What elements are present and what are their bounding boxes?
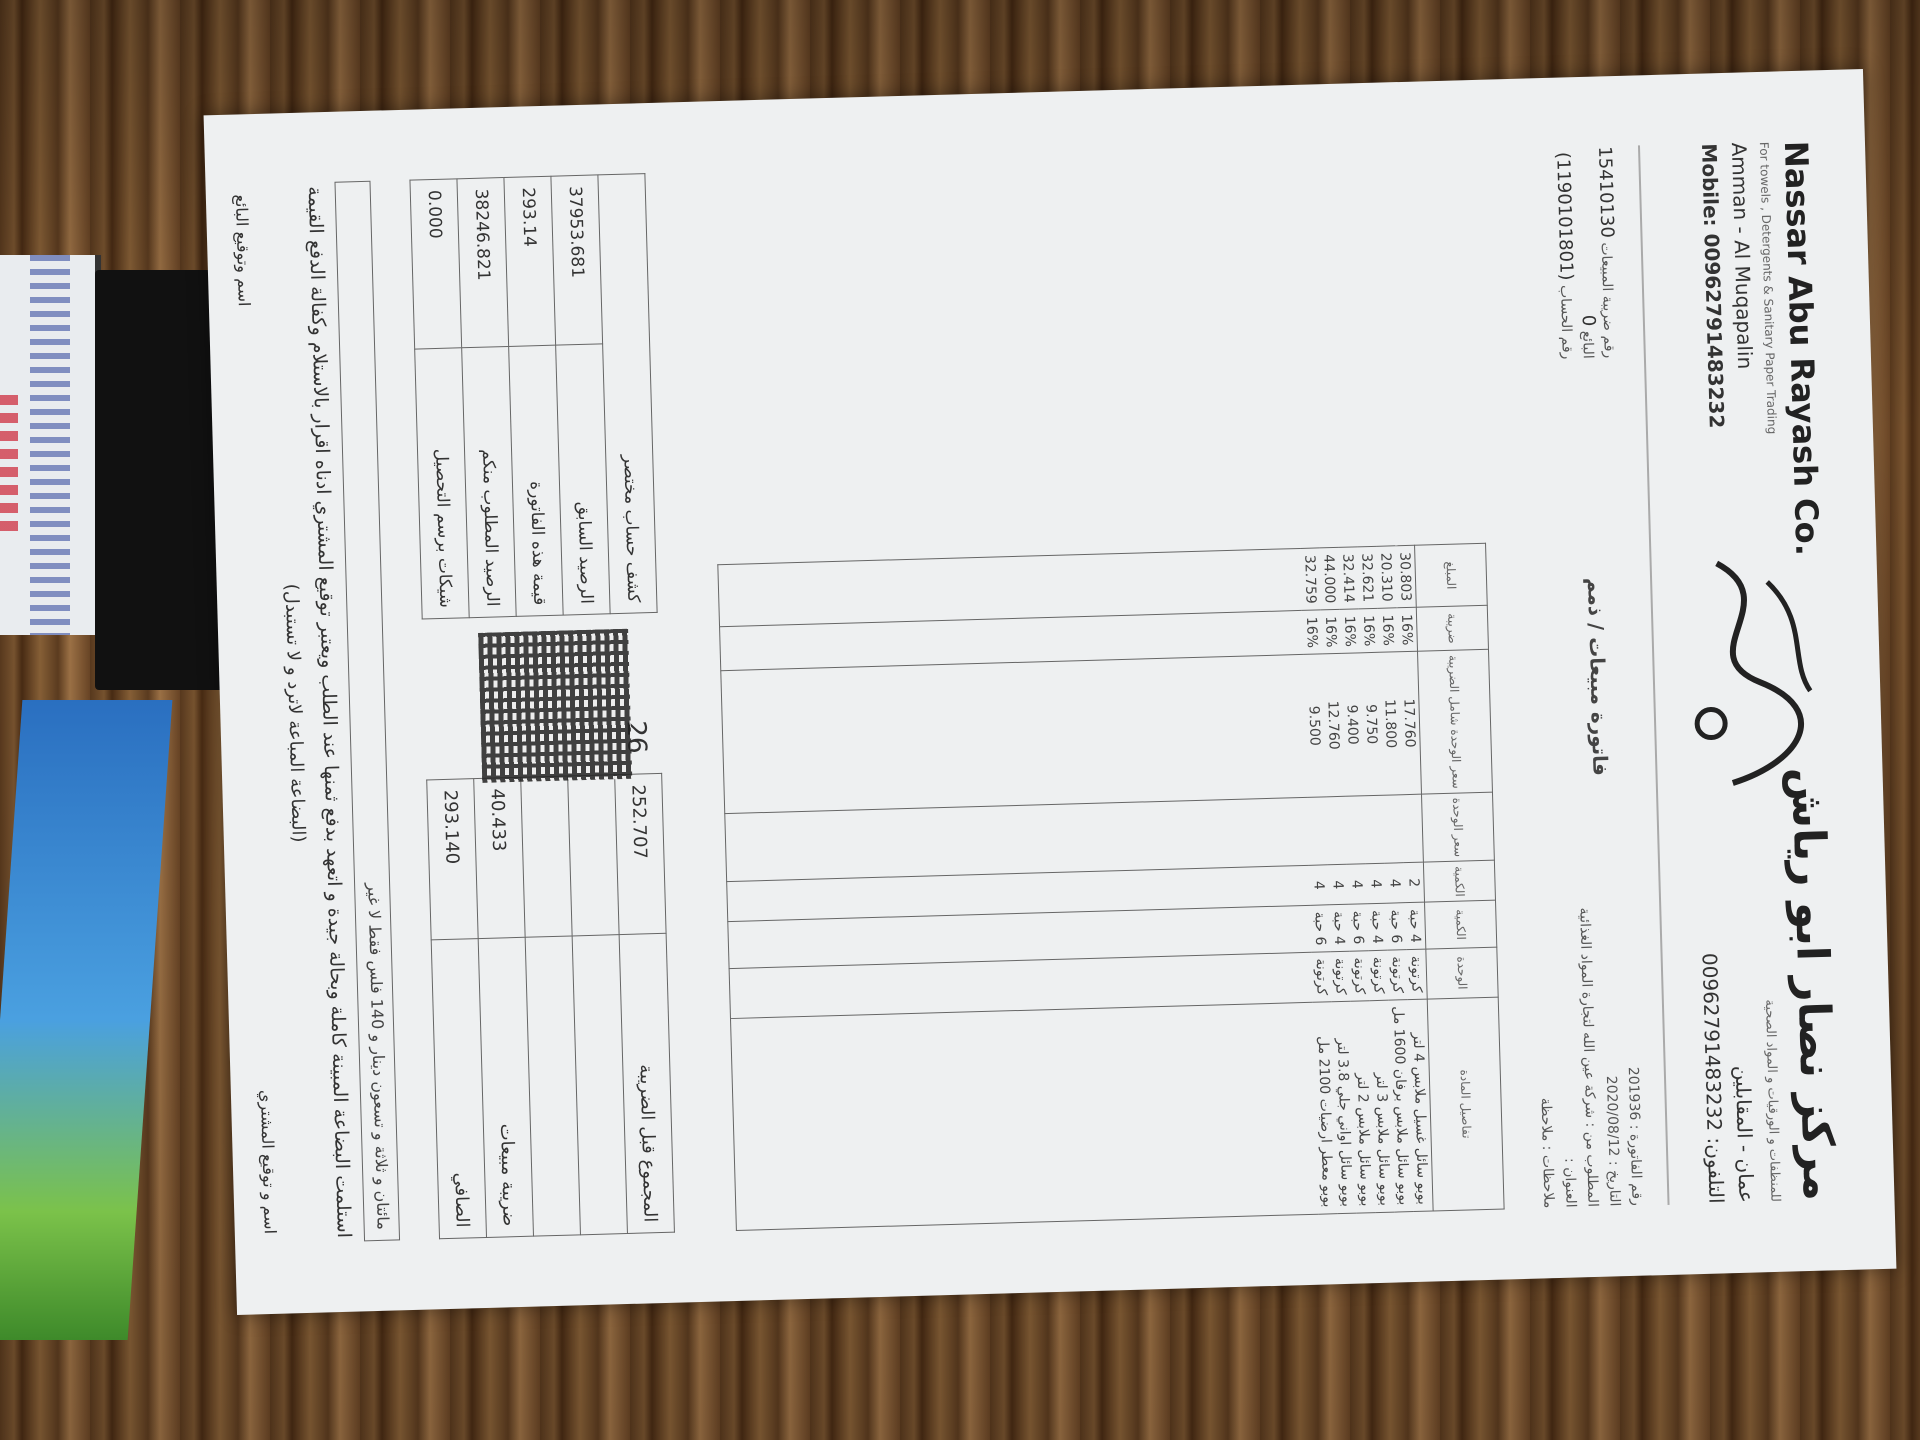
date-label: التاريخ (1606, 1170, 1623, 1207)
cell-price (1307, 797, 1328, 866)
account-value: 0.000 (410, 179, 462, 349)
cell-tax: 16% (1302, 610, 1322, 655)
invoice-page: مركز نصار ابو رياش للمنظفات و الورقيات و… (214, 79, 1886, 1304)
cell-price (1326, 796, 1347, 865)
totals-label: المجموع قبل الضريبة (619, 933, 674, 1234)
address-label: العنوان (1561, 1167, 1578, 1208)
cell-tax: 16% (1378, 608, 1398, 653)
account-value: 38246.821 (457, 178, 509, 348)
column-header: الكمية (1425, 900, 1497, 949)
company-location-ar: عمان - المقابلين (1731, 1065, 1759, 1203)
account-value: 293.14 (504, 176, 556, 346)
totals-value: 293.140 (427, 779, 478, 940)
totals-value: 40.433 (474, 777, 525, 938)
cell-count: 4 (1366, 864, 1386, 904)
cell-qty: 6 حبة (1310, 905, 1330, 952)
invoice-header: مركز نصار ابو رياش للمنظفات و الورقيات و… (1605, 140, 1845, 1205)
cell-tax: 16% (1340, 609, 1360, 654)
column-header: الوحدة (1426, 947, 1498, 999)
cell-total: 30.803 (1395, 545, 1416, 608)
buyer-signature-label: اسم و توقيع المشتري (257, 1090, 280, 1235)
customer-label: المطلوب من (1582, 1131, 1600, 1207)
cell-unit: كرتونة (1368, 950, 1388, 1000)
column-header: الكمية (1423, 861, 1495, 903)
cell-count: 4 (1385, 863, 1405, 903)
cell-total: 32.759 (1300, 548, 1321, 611)
company-phone-en: Mobile: 00962791483232 (1697, 143, 1733, 558)
qr-code-icon (478, 629, 632, 783)
totals-area: المجموع قبل الضريبة252.707ضريبة مبيعات40… (385, 173, 674, 1240)
customer-name: شركة عين الله لتجارة المواد الغذائية (1576, 907, 1598, 1118)
notes-value: ملاحظة (1538, 1098, 1555, 1142)
cell-count: 4 (1309, 865, 1329, 905)
account-label: الرصيد المطلوب منكم (462, 347, 517, 618)
totals-value (568, 775, 619, 936)
invoice-paper: مركز نصار ابو رياش للمنظفات و الورقيات و… (204, 69, 1897, 1315)
cell-qty: 4 حبة (1329, 904, 1349, 951)
company-name-en: Nassar Abu Rayash Co. (1777, 140, 1827, 556)
cell-total: 20.310 (1376, 546, 1397, 609)
account-label: رقم الحساب (1557, 285, 1575, 360)
column-header: ضريبة (1416, 605, 1488, 651)
account-summary-table: كشف حساب مختصرالرصيد السابق37953.681قيمة… (409, 173, 657, 619)
cell-price: 17.760 (1398, 651, 1421, 794)
items-table: تفاصيل المادةالوحدةالكميةالكميةسعر الوحد… (717, 543, 1504, 1231)
cell-unit: كرتونة (1349, 951, 1369, 1001)
cell-price (1383, 795, 1404, 864)
company-block-en: Nassar Abu Rayash Co. For towels , Deter… (1697, 140, 1827, 558)
cell-price: 9.400 (1341, 653, 1364, 796)
company-subtitle-ar: للمنظفات و الورقيات و المواد الصحية (1762, 999, 1783, 1202)
invoice-no-label: رقم الفاتورة (1627, 1134, 1645, 1206)
totals-value: 252.707 (615, 773, 666, 934)
totals-label: ضريبة مبيعات (478, 937, 533, 1238)
company-phone-ar: التلفون: 00962791483232 (1698, 953, 1729, 1204)
cell-price: 9.750 (1360, 653, 1383, 796)
cell-total: 44.000 (1319, 548, 1340, 611)
cell-count: 2 (1404, 863, 1425, 903)
cell-price (1364, 795, 1385, 864)
invoice-title: فاتورة مبيعات / ذمم (1583, 577, 1613, 776)
calligraphy-logo-icon (1676, 540, 1833, 804)
seller-value: 0 (1578, 315, 1599, 327)
cell-unit: كرتونة (1387, 950, 1407, 1000)
company-location-en: Amman - Al Muqapalin (1727, 142, 1763, 557)
notes-label: ملاحظات (1539, 1155, 1556, 1209)
invoice-date: 2020/08/12 (1603, 1076, 1621, 1157)
cell-qty: 4 حبة (1367, 903, 1387, 950)
background-holder (95, 270, 225, 690)
tax-no: 15410130 (1594, 146, 1618, 238)
account-label: قيمة هذه الفاتورة (509, 345, 564, 616)
cell-tax: 16% (1359, 608, 1379, 653)
cell-qty: 6 حبة (1386, 903, 1406, 950)
account-label: شيكات برسم التحصيل (415, 348, 470, 619)
totals-table: المجموع قبل الضريبة252.707ضريبة مبيعات40… (426, 773, 675, 1239)
column-header: سعر الوحدة (1421, 792, 1494, 862)
cell-unit: كرتونة (1330, 951, 1350, 1001)
account-value: 37953.681 (551, 175, 603, 345)
totals-label (525, 935, 580, 1236)
cell-qty: 6 حبة (1348, 904, 1368, 951)
cell-price (1402, 794, 1423, 863)
cell-tax: 16% (1397, 607, 1418, 652)
cell-price: 12.760 (1322, 654, 1345, 797)
seller-label: البائع (1579, 331, 1596, 359)
account-no: (1190101801) (1552, 152, 1577, 281)
column-header: سعر الوحدة شامل الضريبة (1418, 649, 1493, 794)
totals-label (572, 934, 627, 1235)
cell-total: 32.414 (1338, 547, 1359, 610)
background-product-box (0, 255, 101, 635)
account-label: الرصيد السابق (556, 344, 611, 615)
cell-count: 4 (1328, 865, 1348, 905)
cell-unit: كرتونة (1311, 952, 1331, 1002)
cell-price: 9.500 (1303, 654, 1326, 797)
company-name-ar: مركز نصار ابو رياش (1781, 767, 1844, 1202)
seller-signature-label: اسم وتوقيع البائع (232, 194, 254, 307)
totals-value (521, 776, 572, 937)
cell-unit: كرتونة (1406, 949, 1427, 999)
cell-price: 11.800 (1379, 652, 1402, 795)
cell-total: 32.621 (1357, 546, 1378, 609)
cell-count: 4 (1347, 864, 1367, 904)
column-header: المبلغ (1415, 543, 1488, 607)
cell-price (1345, 796, 1366, 865)
invoice-no: 201936 (1625, 1067, 1642, 1121)
cell-qty: 4 حبة (1405, 902, 1426, 949)
column-header: تفاصيل المادة (1427, 997, 1504, 1211)
totals-label: الصافي (431, 938, 486, 1239)
cell-tax: 16% (1321, 610, 1341, 655)
tax-no-label: رقم ضريبة المبيعات (1598, 242, 1617, 358)
